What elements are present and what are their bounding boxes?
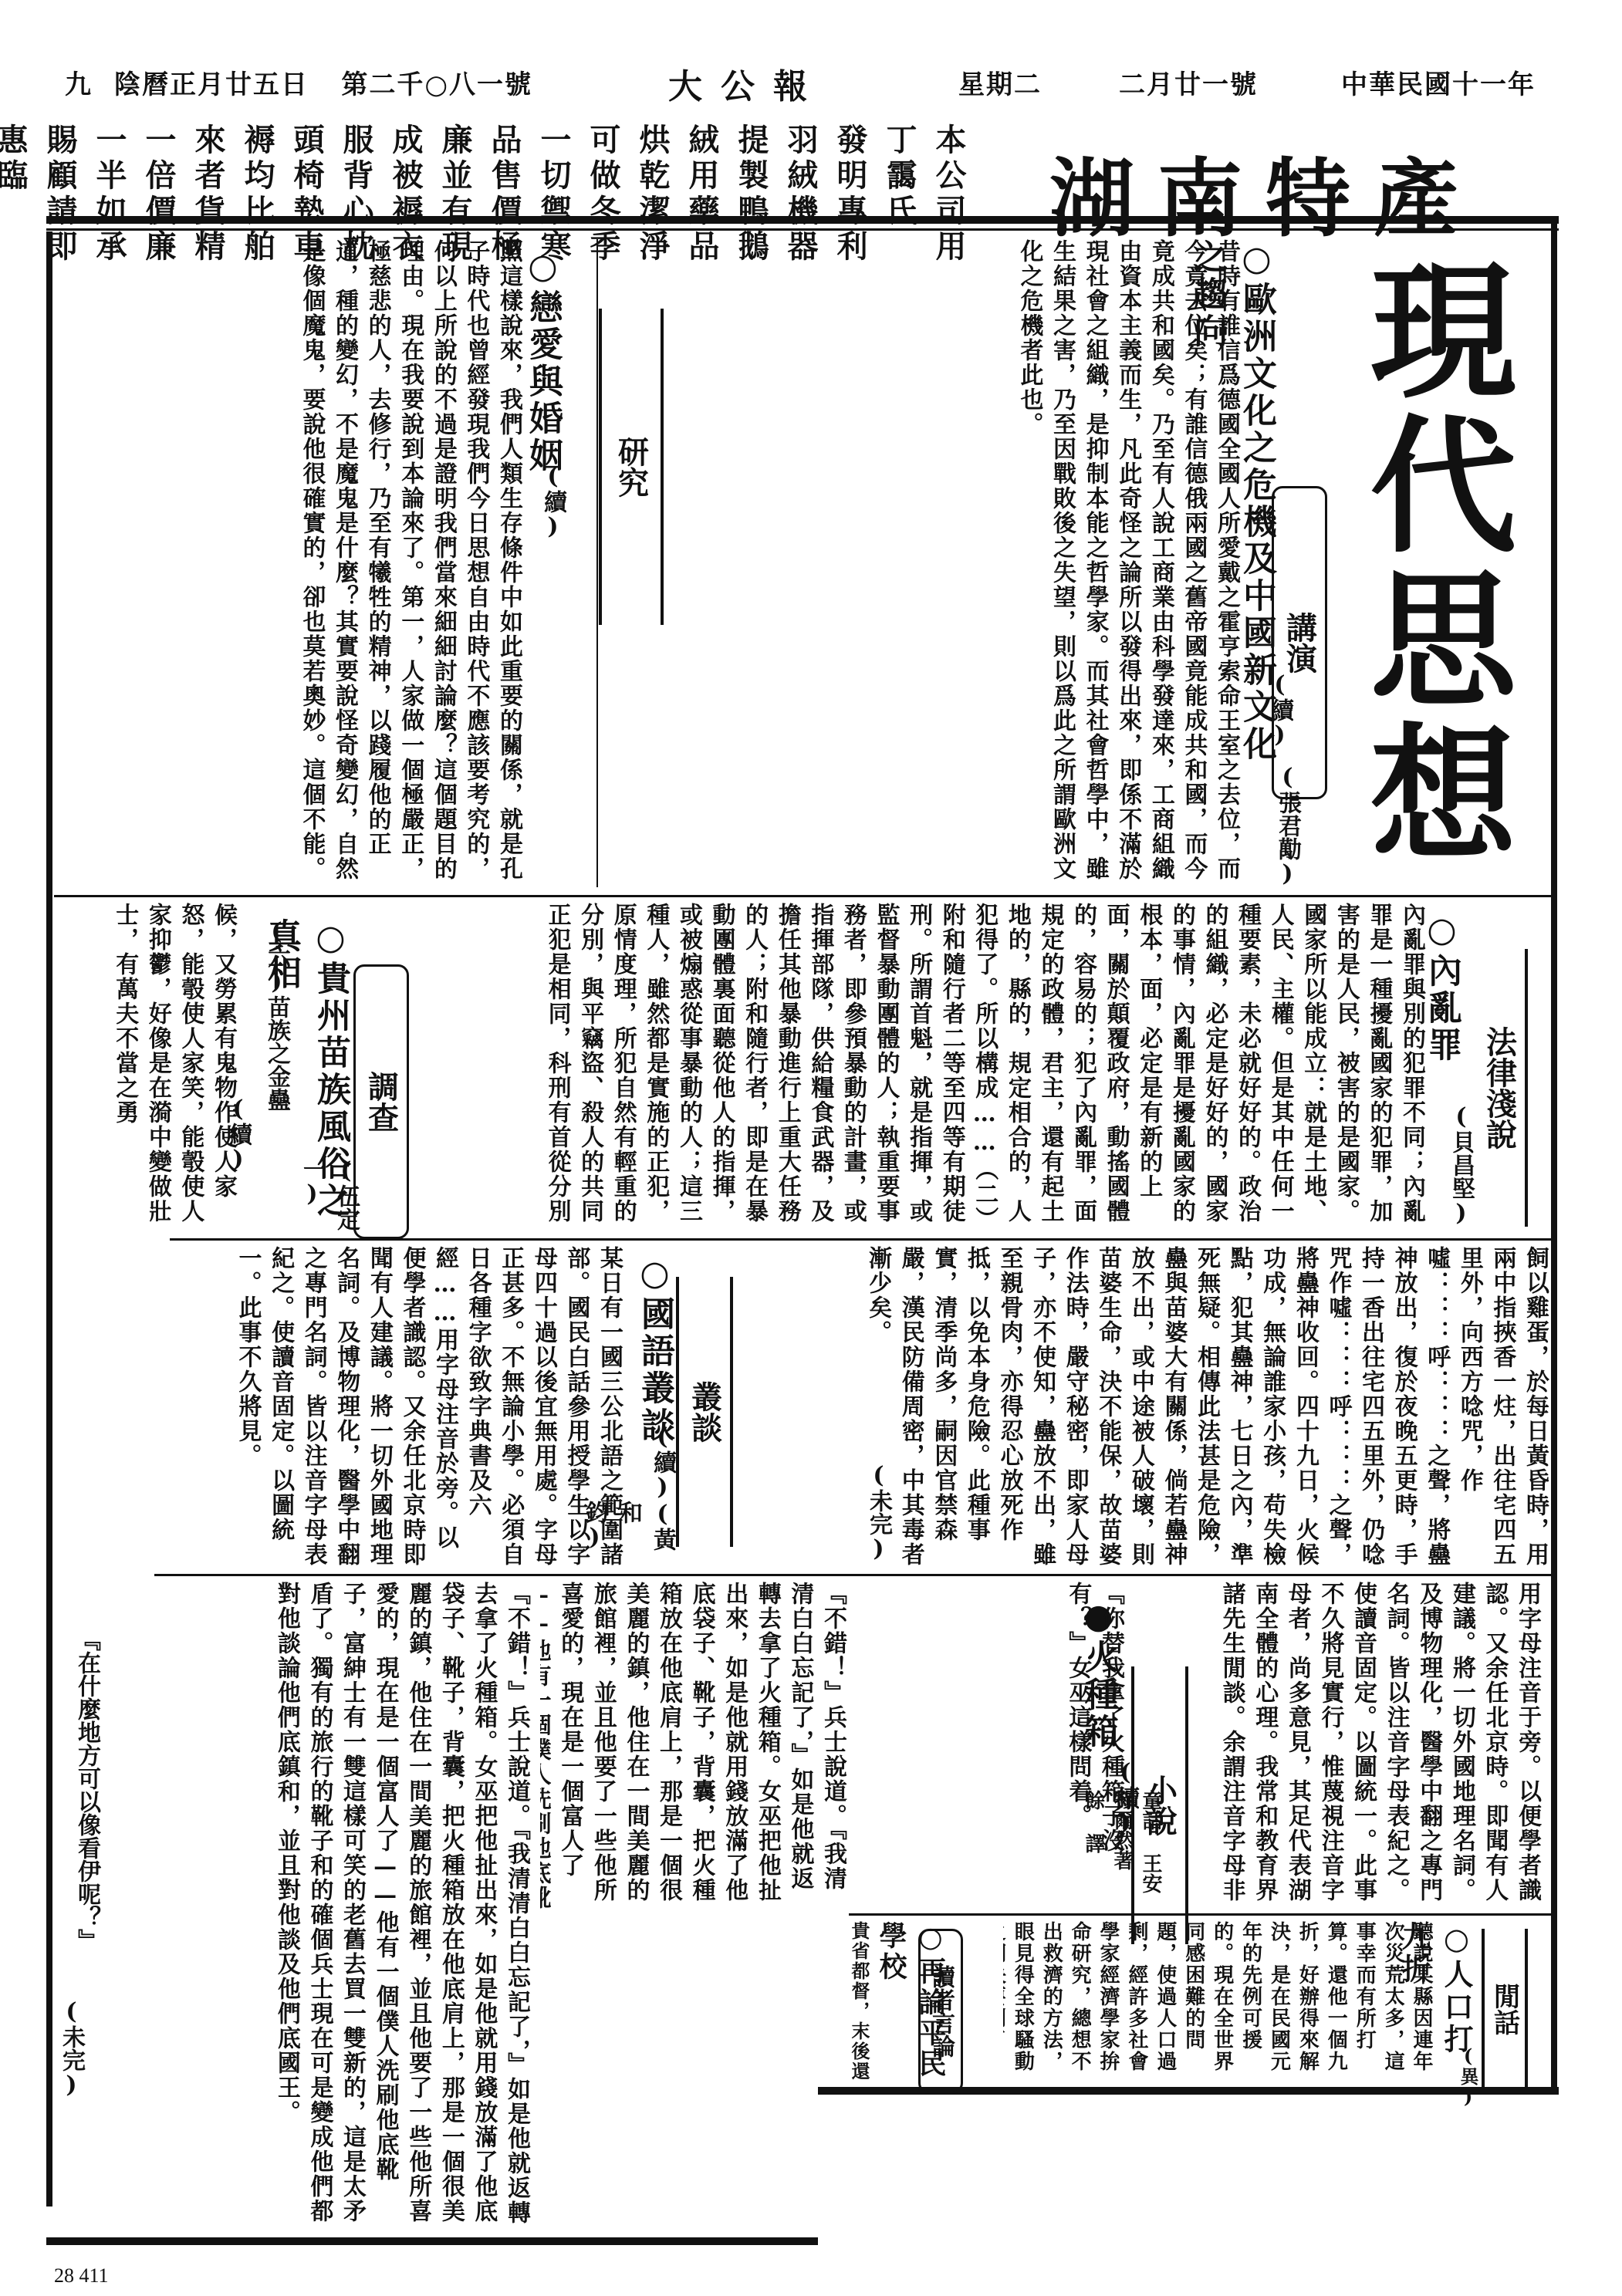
circle-marker-icon: ○: [1439, 1921, 1474, 1959]
ad-column: 惠臨: [0, 123, 26, 265]
article-body: 『不錯！』兵士說道。『我清清白白忘記了，』如是他就返轉去拿了火種箱。女巫把他扯出…: [100, 1582, 532, 2230]
page-number: 28 411: [54, 2264, 109, 2288]
circle-marker-icon: ○: [523, 247, 563, 289]
section-label-chat: 閒話: [1482, 1929, 1528, 2089]
masthead-issue-number: 第二千○八一號: [341, 63, 532, 101]
article-continued: (續): [645, 1423, 679, 1501]
article-continued: (續): [1262, 671, 1296, 748]
article-body: 昔時有誰信爲德國全國人所愛戴之霍亨索命王室之去位，而今竟去位矣；有誰信德俄兩國之…: [779, 239, 1242, 887]
circle-marker-icon: ○: [1237, 239, 1276, 282]
masthead-month-day: 二月廿一號: [1119, 63, 1258, 101]
circle-marker-icon: ○: [635, 1254, 674, 1296]
masthead-weekday: 星期二: [958, 63, 1042, 101]
tier-three: 飼以雞蛋，於每日黃昏時，用兩中指挾香一炷，出往宅四五里外，向西方唸咒，作噓：：：…: [54, 1246, 1551, 1570]
circle-marker-icon: ○: [311, 918, 350, 961]
advertisement-title: 湖南特產: [1049, 131, 1482, 253]
article-miao-customs-header: 調查 ○貴州苗族風俗之真相 (伍定一) (六)苗族之金蠱 (續) 候，又勞累有鬼…: [116, 903, 548, 1234]
article-body: 用字母注音于旁。以便學者識認。又余任北京時。即聞有人建議。將一切外國地理名詞。及…: [1219, 1582, 1543, 1906]
section-label-research: 研究: [599, 309, 664, 625]
article-miao-body: 飼以雞蛋，於每日黃昏時，用兩中指挾香一炷，出往宅四五里外，向西方唸咒，作噓：：：…: [833, 1246, 1551, 1570]
left-border-rule: [46, 231, 52, 2207]
article-love-marriage: 研究 ○戀愛與婚姻 (續) 照這樣說來，我們人類生存條件中如此重要的關係，就是孔…: [54, 239, 772, 887]
circle-marker-icon: ○: [914, 1921, 947, 1957]
article-subtitle: (六)苗族之金蠱: [259, 918, 293, 1111]
article-byline: (伍定一): [295, 1157, 363, 1234]
masthead: 中華民國十一年 二月廿一號 星期二 大公報 第二千○八一號 陰曆正月廿五日 九: [46, 63, 1582, 94]
masthead-date-roc: 中華民國十一年: [1341, 63, 1536, 101]
article-europe-culture: 講演 ○歐洲文化之危機及中國新文化之趨向 (續) (張君勱) 昔時有誰信爲德國全…: [779, 239, 1551, 887]
article-title: ○國語叢談: [630, 1254, 679, 1444]
story-quote: 『不錯！』兵士說道。『我清清白白忘記了，』如是他就返轉去拿了火種箱。女巫把他扯出…: [540, 1582, 849, 1913]
column-divider: [596, 239, 598, 887]
top-border-rule-thin: [46, 228, 1559, 231]
right-border-rule: [1551, 216, 1557, 2091]
article-end-mark: (未完): [54, 1998, 88, 2098]
article-byline: (貝昌堅): [1444, 1103, 1478, 1227]
article-byline: (張君勱): [1270, 764, 1304, 887]
article-end-mark: (未完): [861, 1462, 895, 1562]
article-phonetic-continuation: 用字母注音于旁。以便學者識認。又余任北京時。即聞有人建議。將一切外國地理名詞。及…: [849, 1582, 1543, 1906]
circle-marker-icon: ○: [1422, 910, 1461, 953]
section-label-miscellany: 叢談: [676, 1277, 733, 1547]
article-continued: (續): [536, 463, 569, 540]
article-body-lead: 候，又勞累有鬼物作使人家怒，能彀使人家笑，能彀使人家抑鬱，好像是在漪中變做壯士，…: [116, 903, 239, 1234]
tier-separator-4: [849, 1913, 1551, 1916]
article-population-discount: 閒話 ○人口打九折 (異) 聽說某縣因連年次災荒太多，這事幸而有所打算。還他一個…: [849, 1921, 1551, 2083]
article-title: ○再論平民學校: [872, 1921, 951, 2083]
article-tinderbox-body: 『不錯！』兵士說道。『我清清白白忘記了，』如是他就返轉去拿了火種箱。女巫把他扯出…: [54, 1582, 849, 2230]
article-body: 某日有一國三公北語之範圍諸部。國民白話參用授學生以字母四十過以後宜無用處。字母正…: [54, 1246, 625, 1570]
tier-separator-1: [54, 895, 1551, 897]
article-body: 聽說某縣因連年次災荒太多，這事幸而有所打算。還他一個九折，好辦得來解決，是在民國…: [1003, 1921, 1435, 2083]
masthead-edition-mark: 九: [65, 63, 93, 101]
section-label-law: 法律淺說: [1474, 949, 1528, 1227]
bottom-border-rule: [46, 2237, 818, 2245]
article-byline: (異): [1455, 2044, 1482, 2108]
top-border-rule: [46, 216, 1559, 224]
story-quote: 『你替我拿了火種箱子沒有？』女巫這樣問着。: [849, 1582, 1127, 1906]
masthead-lunar-date: 陰曆正月廿五日: [114, 63, 309, 101]
story-quote-final: 『在什麼地方可以像看伊呢？』: [69, 1628, 103, 1952]
article-body: 照這樣說來，我們人類生存條件中如此重要的關係，就是孔子時代也曾經發現我們今日思想…: [54, 239, 525, 887]
tier-separator-3: [154, 1574, 1551, 1576]
masthead-paper-name: 大公報: [668, 59, 826, 108]
article-body: 貴省都督，末後還有許多獎勵我的話：我……: [849, 1921, 872, 2083]
article-title: ○戀愛與婚姻: [518, 247, 567, 474]
